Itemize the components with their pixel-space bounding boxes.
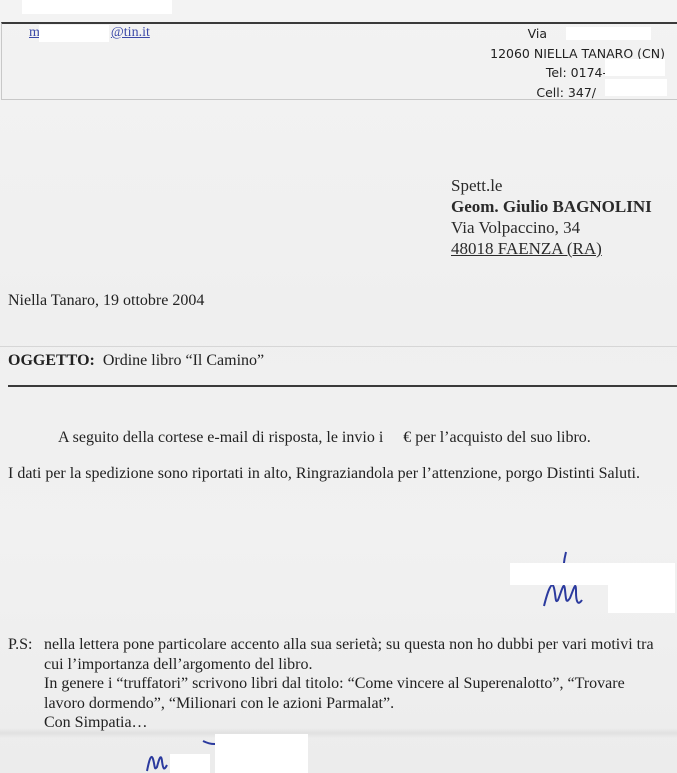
redacted-street	[566, 27, 651, 40]
recipient-address: Spett.le Geom. Giulio BAGNOLINI Via Volp…	[451, 175, 652, 259]
redacted-signature-tail	[608, 585, 675, 613]
redacted-signature-2a	[170, 754, 210, 773]
ps-line: nella lettera pone particolare accento a…	[44, 635, 677, 655]
dateline: Niella Tanaro, 19 ottobre 2004	[8, 292, 204, 310]
redacted-signature-name	[510, 563, 675, 585]
subject-rule	[8, 385, 677, 387]
paper-fold	[0, 346, 677, 347]
redacted-email	[39, 25, 109, 42]
redacted-top-name	[22, 0, 172, 14]
paper-fold	[0, 728, 677, 738]
email-suffix: @tin.it	[111, 25, 150, 40]
recipient-city: 48018 FAENZA (RA)	[451, 238, 652, 259]
ps-label: P.S:	[8, 635, 32, 655]
recipient-name: Geom. Giulio BAGNOLINI	[451, 196, 652, 217]
redacted-signature-2b	[215, 734, 308, 773]
body-paragraph-2: I dati per la spedizione sono riportati …	[8, 465, 640, 483]
ps-line: lavoro dormendo”, “Milionari con le azio…	[44, 694, 677, 714]
ps-line: In genere i “truffatori” scrivono libri …	[44, 674, 677, 694]
redacted-cell	[605, 79, 667, 96]
subject-text: Ordine libro “Il Camino”	[103, 352, 264, 369]
subject-line: OGGETTO: Ordine libro “Il Camino”	[8, 352, 264, 370]
ps-line: cui l’importanza dell’argomento del libr…	[44, 655, 677, 675]
letter-page: m@tin.it Via 12060 NIELLA TANARO (CN) Te…	[0, 0, 677, 773]
recipient-street: Via Volpaccino, 34	[451, 217, 652, 238]
subject-label: OGGETTO:	[8, 352, 95, 369]
body-paragraph-1: A seguito della cortese e-mail di rispos…	[58, 429, 591, 447]
postscript: P.S: nella lettera pone particolare acce…	[8, 635, 677, 733]
recipient-salutation: Spett.le	[451, 175, 652, 196]
redacted-tel	[605, 59, 665, 76]
